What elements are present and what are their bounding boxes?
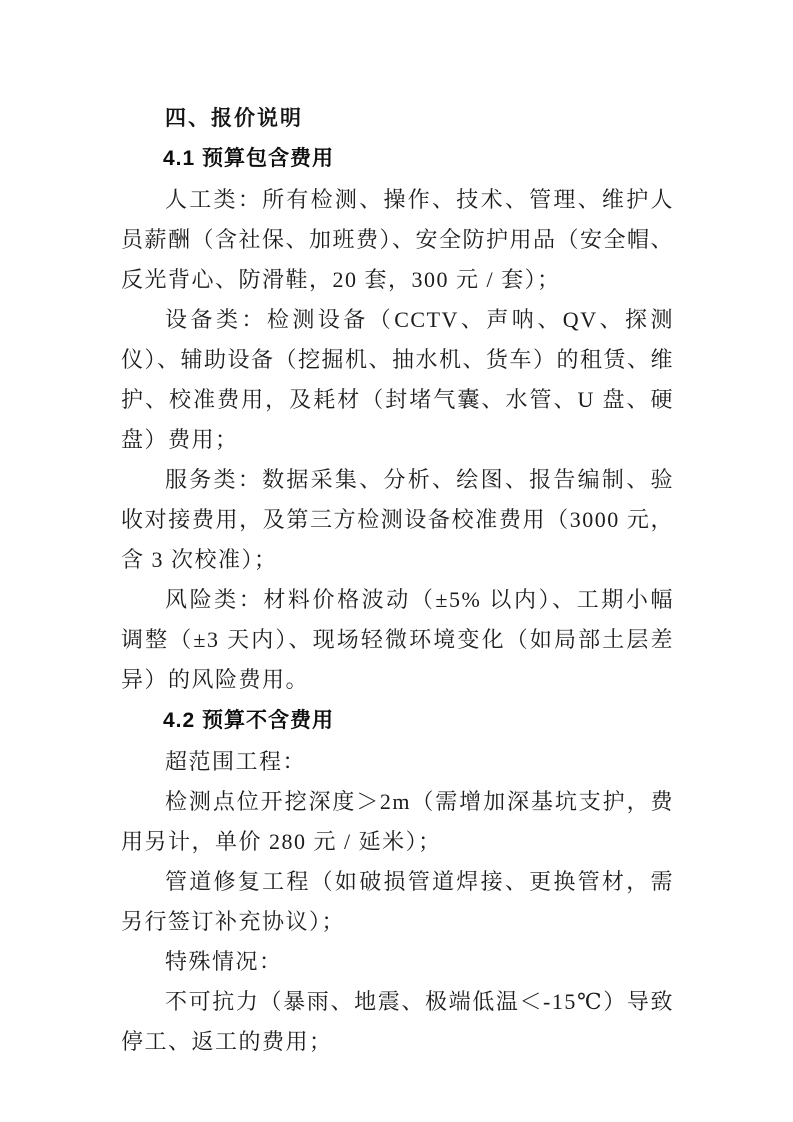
paragraph-out-of-scope-label: 超范围工程： [121,742,674,782]
paragraph-special-cases-label: 特殊情况： [121,942,674,982]
paragraph-service-costs: 服务类：数据采集、分析、绘图、报告编制、验收对接费用，及第三方检测设备校准费用（… [121,460,674,580]
paragraph-force-majeure: 不可抗力（暴雨、地震、极端低温＜-15℃）导致停工、返工的费用； [121,982,674,1062]
paragraph-labor-costs: 人工类：所有检测、操作、技术、管理、维护人员薪酬（含社保、加班费）、安全防护用品… [121,180,674,300]
document-page: 四、报价说明 4.1 预算包含费用 人工类：所有检测、操作、技术、管理、维护人员… [0,0,793,1122]
subsection-heading-4-1: 4.1 预算包含费用 [121,138,674,180]
paragraph-risk-costs: 风险类：材料价格波动（±5% 以内）、工期小幅调整（±3 天内）、现场轻微环境变… [121,580,674,700]
paragraph-equipment-costs: 设备类：检测设备（CCTV、声呐、QV、探测仪）、辅助设备（挖掘机、抽水机、货车… [121,300,674,460]
paragraph-pipe-repair: 管道修复工程（如破损管道焊接、更换管材，需另行签订补充协议）； [121,862,674,942]
section-heading: 四、报价说明 [121,100,674,138]
document-content: 四、报价说明 4.1 预算包含费用 人工类：所有检测、操作、技术、管理、维护人员… [121,100,674,1062]
paragraph-excavation-depth: 检测点位开挖深度＞2m（需增加深基坑支护，费用另计，单价 280 元 / 延米）… [121,782,674,862]
subsection-heading-4-2: 4.2 预算不含费用 [121,700,674,742]
